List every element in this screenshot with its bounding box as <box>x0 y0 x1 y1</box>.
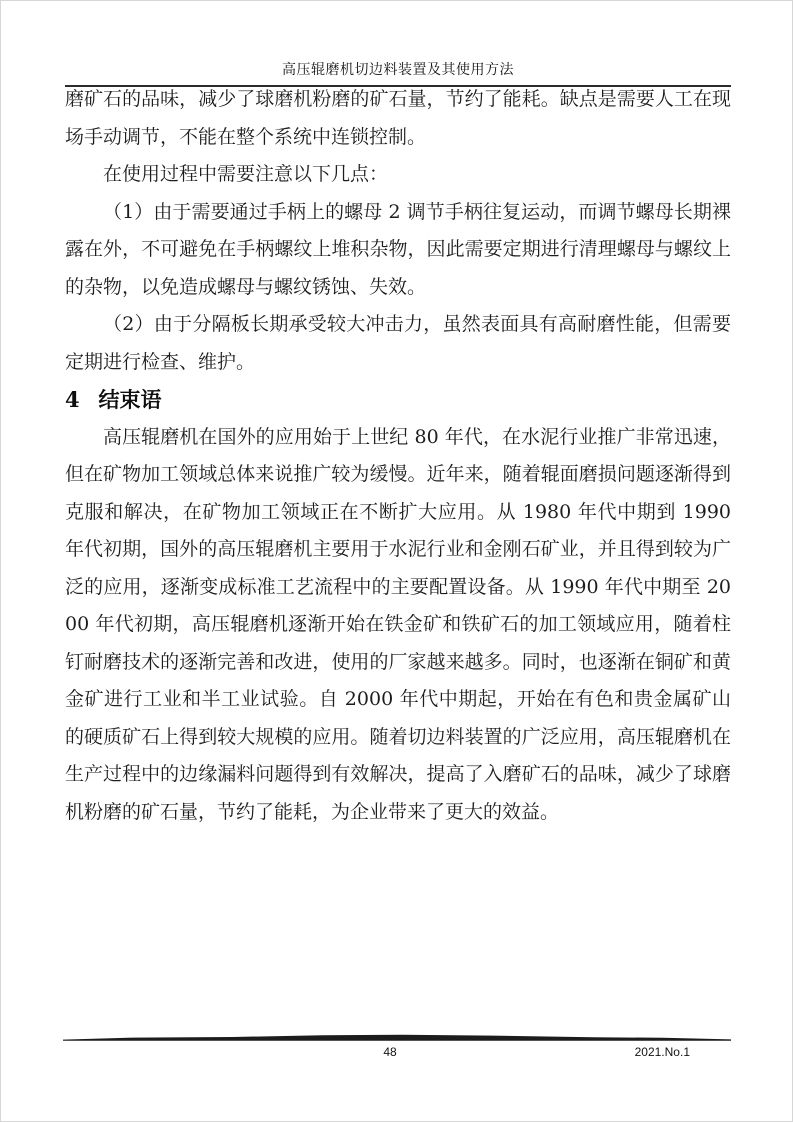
paragraph-note-2: （2）由于分隔板长期承受较大冲击力，虽然表面具有高耐磨性能，但需要定期进行检查、… <box>65 306 731 381</box>
paragraph-note-1: （1）由于需要通过手柄上的螺母 2 调节手柄往复运动，而调节螺母长期裸露在外，不… <box>65 194 731 307</box>
section-number: 4 <box>65 387 80 412</box>
section-heading: 4结束语 <box>65 381 731 419</box>
section-title: 结束语 <box>99 387 162 412</box>
paragraph-conclusion: 高压辊磨机在国外的应用始于上世纪 80 年代，在水泥行业推广非常迅速，但在矿物加… <box>65 419 731 832</box>
footer: 48 2021.No.1 <box>1 1045 793 1063</box>
running-header-title: 高压辊磨机切边料装置及其使用方法 <box>65 62 731 79</box>
issue-number: 2021.No.1 <box>635 1045 690 1059</box>
document-page: 高压辊磨机切边料装置及其使用方法 磨矿石的品味，减少了球磨机粉磨的矿石量，节约了… <box>0 0 793 1122</box>
document-body: 磨矿石的品味，减少了球磨机粉磨的矿石量，节约了能耗。缺点是需要人工在现场手动调节… <box>65 81 731 831</box>
footer-tapered-rule <box>63 1034 731 1042</box>
paragraph-continuation: 磨矿石的品味，减少了球磨机粉磨的矿石量，节约了能耗。缺点是需要人工在现场手动调节… <box>65 81 731 156</box>
paragraph-notes-intro: 在使用过程中需要注意以下几点： <box>65 156 731 194</box>
